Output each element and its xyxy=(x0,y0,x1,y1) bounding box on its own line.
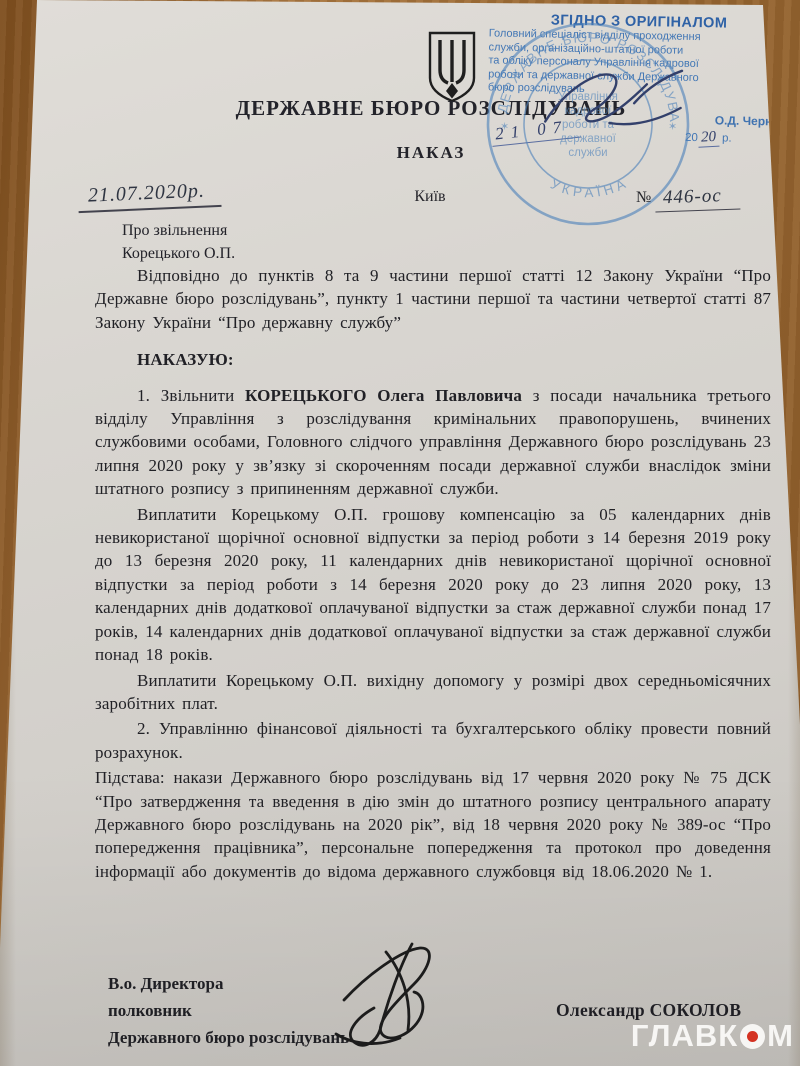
signer-title-line: полковник xyxy=(108,997,349,1024)
certifier-signature xyxy=(536,58,711,145)
seal-separator-left: ✶ xyxy=(500,121,509,133)
document-body: Відповідно до пунктів 8 та 9 частини пер… xyxy=(95,264,771,883)
document-number: № 446-ос xyxy=(636,186,740,211)
item1-person-name: КОРЕЦЬКОГО Олега Павловича xyxy=(245,386,522,405)
basis-paragraph: Підстава: накази Державного бюро розслід… xyxy=(95,766,771,883)
item1-pre: 1. Звільнити xyxy=(137,386,245,405)
watermark-text-right: М xyxy=(767,1018,794,1054)
compensation-paragraph: Виплатити Корецькому О.П. грошову компен… xyxy=(95,503,771,667)
item2-paragraph: 2. Управлінню фінансової діяльності та б… xyxy=(95,717,771,764)
subject-line: Про звільнення xyxy=(122,219,235,242)
trident-emblem-icon xyxy=(426,30,478,104)
number-sign: № xyxy=(636,189,651,206)
document-paper: ДЕРЖАВНЕ БЮРО РОЗСЛІДУВАНЬ НАКАЗ ЗГІДНО … xyxy=(0,0,800,1066)
watermark-text-left: ГЛАВК xyxy=(631,1018,738,1054)
glavkom-red-dot-icon xyxy=(740,1024,765,1049)
subject-line: Корецького О.П. xyxy=(122,242,235,265)
subject-block: Про звільнення Корецького О.П. xyxy=(122,219,235,265)
order-word: НАКАЗУЮ: xyxy=(95,348,771,371)
handwritten-date: 21.07.2020р. xyxy=(77,179,221,213)
signer-title-block: В.о. Директора полковник Державного бюро… xyxy=(108,970,349,1051)
signer-title-line: Державного бюро розслідувань xyxy=(108,1024,349,1051)
stamp-year-suffix: р. xyxy=(722,132,732,144)
seal-center-line: служби xyxy=(568,147,607,159)
severance-paragraph: Виплатити Корецькому О.П. вихідну допомо… xyxy=(95,669,771,716)
glavkom-watermark: ГЛАВКМ xyxy=(631,1018,794,1054)
seal-ring-bottom-text: УКРАЇНА xyxy=(548,175,631,200)
signer-title-line: В.о. Директора xyxy=(108,970,349,997)
item1-paragraph: 1. Звільнити КОРЕЦЬКОГО Олега Павловича … xyxy=(95,384,771,501)
intro-paragraph: Відповідно до пунктів 8 та 9 частини пер… xyxy=(95,264,771,334)
handwritten-number: 446-ос xyxy=(655,185,741,213)
svg-text:УКРАЇНА: УКРАЇНА xyxy=(548,175,631,200)
city-label: Київ xyxy=(300,188,560,206)
director-signature xyxy=(316,938,481,1056)
document-photo: ДЕРЖАВНЕ БЮРО РОЗСЛІДУВАНЬ НАКАЗ ЗГІДНО … xyxy=(0,0,800,1066)
